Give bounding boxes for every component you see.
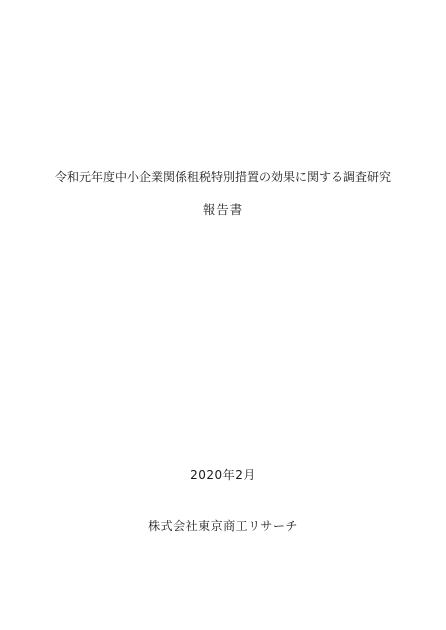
publisher-name: 株式会社東京商工リサーチ: [0, 517, 446, 534]
report-title: 令和元年度中小企業関係租税特別措置の効果に関する調査研究: [0, 168, 446, 185]
publication-date: 2020年2月: [0, 466, 446, 483]
report-cover-page: 令和元年度中小企業関係租税特別措置の効果に関する調査研究 報告書 2020年2月…: [0, 0, 446, 630]
report-subtitle: 報告書: [0, 200, 446, 218]
